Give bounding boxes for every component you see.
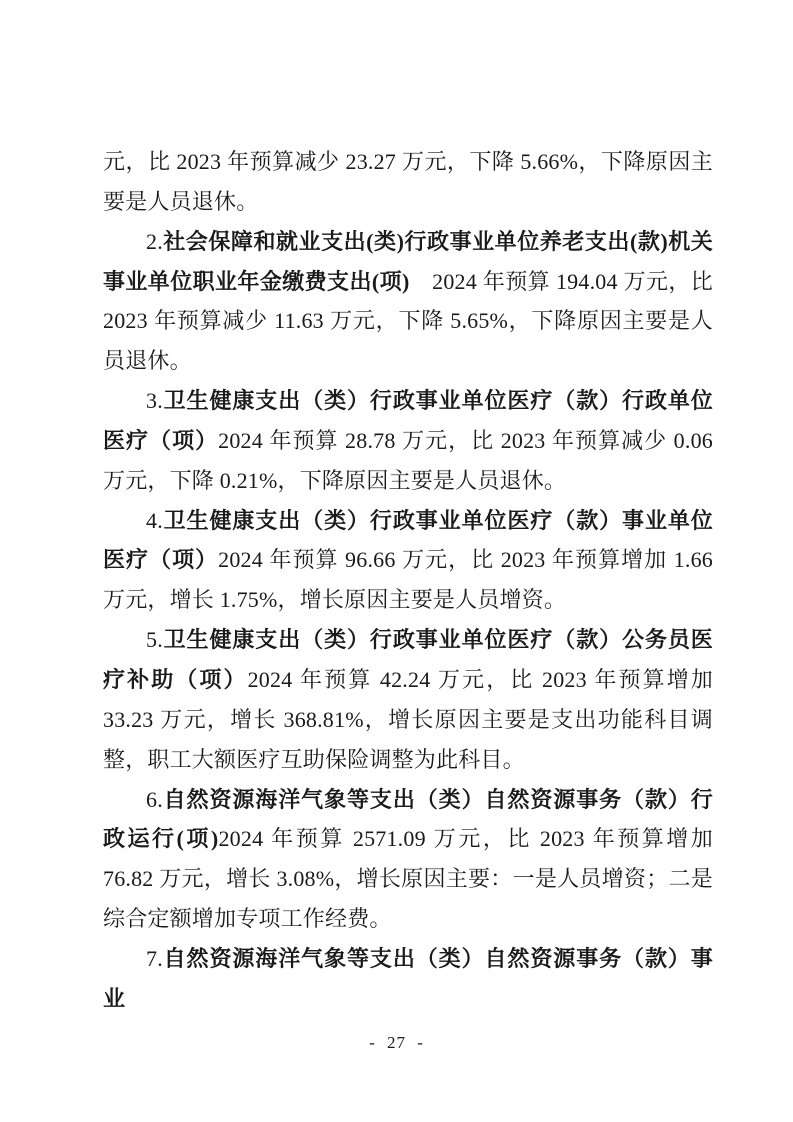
budget-text-block: 元，比 2023 年预算减少 23.27 万元，下降 5.66%，下降原因主要是… [103, 142, 713, 1019]
paragraph: 7.自然资源海洋气象等支出（类）自然资源事务（款）事业 [103, 939, 713, 1019]
paragraph-text: 7. [146, 946, 163, 971]
paragraph-text: 4. [146, 508, 163, 533]
budget-item-heading: 自然资源海洋气象等支出（类）自然资源事务（款）事业 [103, 946, 713, 1011]
paragraph: 2.社会保障和就业支出(类)行政事业单位养老支出(款)机关事业单位职业年金缴费支… [103, 222, 713, 381]
paragraph-text: 元，比 2023 年预算减少 23.27 万元，下降 5.66%，下降原因主要是… [103, 149, 713, 214]
paragraph: 元，比 2023 年预算减少 23.27 万元，下降 5.66%，下降原因主要是… [103, 142, 713, 222]
page-footer: - 27 - [0, 1033, 793, 1053]
paragraph-text: 5. [146, 627, 163, 652]
document-page: 元，比 2023 年预算减少 23.27 万元，下降 5.66%，下降原因主要是… [0, 0, 793, 1122]
paragraph-text: 6. [146, 787, 163, 812]
paragraph-text: 2. [146, 229, 163, 254]
page-number: - 27 - [369, 1033, 424, 1052]
paragraph: 6.自然资源海洋气象等支出（类）自然资源事务（款）行政运行(项)2024 年预算… [103, 780, 713, 939]
paragraph-text: 3. [146, 388, 163, 413]
paragraph: 5.卫生健康支出（类）行政事业单位医疗（款）公务员医疗补助（项）2024 年预算… [103, 620, 713, 779]
paragraph: 3.卫生健康支出（类）行政事业单位医疗（款）行政单位医疗（项）2024 年预算 … [103, 381, 713, 501]
paragraph: 4.卫生健康支出（类）行政事业单位医疗（款）事业单位医疗（项）2024 年预算 … [103, 501, 713, 621]
